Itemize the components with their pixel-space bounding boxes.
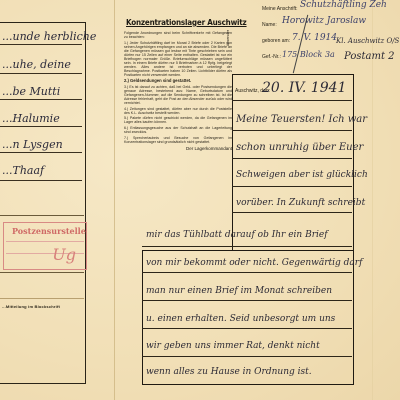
rule-line [0, 152, 82, 153]
rule-line [0, 44, 82, 45]
separator-line [0, 215, 84, 216]
prisoner-number-label: Gef.-Nr.: [262, 54, 281, 60]
left-footer-text: ...Mitteilung im Blockschrift [2, 304, 60, 309]
rule-line [0, 99, 82, 100]
rule-line [0, 73, 82, 74]
rule-line [0, 126, 82, 127]
stamp-title: Postzensurstelle [12, 226, 86, 236]
separator-line [0, 272, 84, 273]
name-label: Name: [262, 22, 277, 28]
rule-line [142, 300, 352, 301]
rule-line [142, 328, 352, 329]
regulation-item-7: 7.) Sprecherlaubnis und Besuche von Gefa… [124, 136, 232, 144]
letter-line-10: wenn alles zu Hause in Ordnung ist. [146, 367, 312, 377]
rule-line [142, 272, 352, 273]
letter-line-2: schon unruhig über Euer [236, 142, 363, 153]
prisoner-number-value: 175 Block 3a [282, 50, 335, 59]
rule-line [0, 180, 82, 181]
rule-line [232, 212, 352, 213]
regulation-item-4: 4.) Zeitungen sind gestattet, dürfen abe… [124, 107, 232, 115]
letter-line-9: wir geben uns immer Rat, denkt nicht [146, 341, 320, 351]
left-line-2: ...uhe, deine [2, 58, 71, 71]
left-line-3: ...be Mutti [2, 85, 60, 98]
rule-line [232, 186, 352, 187]
commandant-signature: Der Lagerkommandant [124, 146, 232, 151]
letter-line-6: von mir bekommt oder nicht. Gegenwärtig … [146, 258, 362, 268]
rule-line [142, 356, 352, 357]
regulation-item-3: 3.) Es ist darauf zu achten, daß bei Gel… [124, 85, 232, 105]
stamp-initials: Ug [52, 245, 76, 264]
regulations-title: Konzentrationslager Auschwitz [126, 18, 232, 27]
address-value: Schutzhäftling Zeh [300, 0, 387, 10]
date-value: 20. IV. 1941 [262, 80, 346, 96]
camp-postal-note: Kl. Auschwitz O/S [336, 37, 399, 45]
fold-crease [114, 0, 115, 400]
left-line-1: ...unde herbliche [2, 30, 96, 43]
name-value: Horowitz Jaroslaw [282, 16, 366, 26]
born-label: geboren am: [262, 38, 290, 44]
regulations-body: Folgende Anordnungen sind beim Schriftve… [124, 31, 232, 144]
letter-line-8: u. einen erhalten. Seid unbesorgt um uns [146, 314, 335, 324]
regulation-item-6: 6.) Entlassungsgesuche aus der Schutzhaf… [124, 126, 232, 134]
letter-line-4: vorüber. In Zukunft schreibt [236, 198, 365, 208]
regulations-column: Konzentrationslager Auschwitz Folgende A… [124, 18, 232, 248]
separator-line [0, 298, 84, 299]
rule-line [232, 158, 352, 159]
rule-line [142, 246, 352, 247]
postamt-note: Postamt 2 [344, 51, 395, 62]
left-line-4: ...Halumie [2, 112, 60, 125]
letter-line-1: Meine Teuersten! Ich war [236, 114, 367, 125]
born-value: 7. V. 1914 [292, 33, 337, 43]
rule-line [232, 100, 352, 101]
left-panel-border [0, 22, 86, 384]
rule-line [232, 130, 352, 131]
censor-stamp: Postzensurstelle Ug [3, 222, 87, 270]
regulation-item-2: 2.) Geldsendungen sind gestattet. [124, 79, 232, 83]
stamp-line [6, 241, 84, 242]
left-line-6: ...Thaaf [2, 164, 44, 177]
regulation-item-5: 5.) Pakete dürfen nicht geschickt werden… [124, 116, 232, 124]
letter-line-7: man nur einen Brief im Monat schreiben [146, 286, 332, 296]
left-line-5: ...n Lysgen [2, 138, 63, 151]
letter-line-3: Schweigen aber ist glücklich [236, 170, 368, 180]
regulations-intro: Folgende Anordnungen sind beim Schriftve… [124, 31, 232, 39]
regulation-item-1: 1.) Jeder Schutzhäftling darf im Monat 2… [124, 41, 232, 78]
letter-line-5: mir das Tühlbatt darauf ob Ihr ein Brief [146, 230, 328, 240]
address-label: Meine Anschrift: [262, 6, 298, 12]
sender-side-label: Absender [226, 30, 230, 46]
